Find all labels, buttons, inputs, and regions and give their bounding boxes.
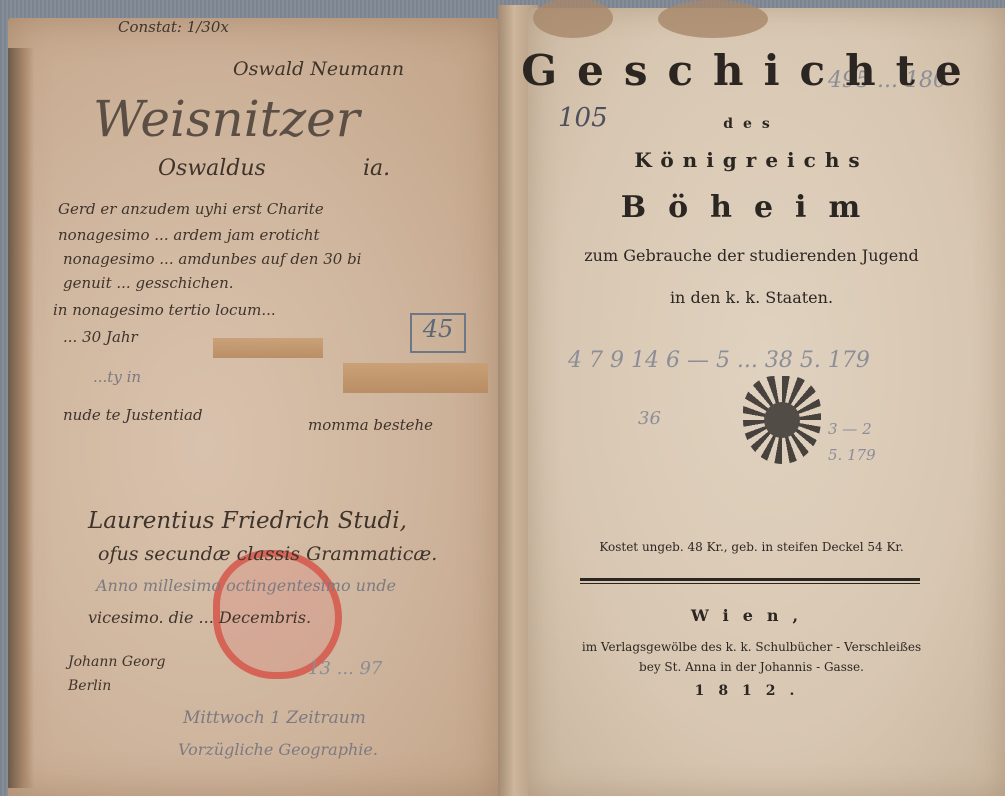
mid-note: momma bestehe [308,416,433,434]
scribble-line: nonagesimo ... ardem jam eroticht [58,226,320,244]
subtitle-line-2: in den k. k. Staaten. [498,288,1005,307]
scribble-line: in nonagesimo tertio locum... [53,301,276,319]
pencil-mark: 4 7 9 14 6 — 5 ... 38 5. 179 [568,348,870,373]
signature-line: vicesimo. die ... Decembris. [88,608,311,627]
title-page: 105 495 ... 180 Geschichte des Königreic… [528,8,1005,796]
title-line-3: Königreichs [498,148,1005,172]
boxed-number: 45 [410,313,466,353]
signature-main: Laurentius Friedrich Studi, [88,508,407,534]
name-sub: Oswaldus [158,156,266,181]
price-line: Kostet ungeb. 48 Kr., geb. in steifen De… [498,540,1005,554]
double-rule-divider [580,578,920,584]
pencil-mark: 36 [638,408,661,429]
torn-tape-strip [343,363,488,393]
year-line: 1812. [498,683,1005,699]
publisher-line-2: bey St. Anna in der Johannis - Gasse. [498,660,1005,674]
bottom-left-note: Johann Georg [68,654,165,670]
constat-note: Constat: 1/30x [118,18,229,36]
scribble-line: Gerd er anzudem uyhi erst Charite [58,200,324,218]
pencil-mark: 3 — 2 [828,420,872,438]
scribble-line: genuit ... gesschichen. [63,274,234,292]
publisher-line-1: im Verlagsgewölbe des k. k. Schulbücher … [498,640,1005,654]
signature-line: Anno millesimo octingentesimo unde [96,576,396,595]
mid-note: ...ty in [93,368,141,386]
large-name: Weisnitzer [93,90,360,148]
date-note: 13 ... 97 [308,658,382,679]
bottom-left-note: Berlin [68,678,111,694]
title-line-1: Geschichte [498,46,1005,95]
title-line-4: Böheim [498,190,1005,225]
torn-tape-strip [213,338,323,358]
signature-line: ofus secundæ classis Grammaticæ. [98,543,437,565]
worn-cover-edge [8,48,34,788]
double-eagle-library-stamp [743,376,821,464]
subtitle-line-1: zum Gebrauche der studierenden Jugend [498,246,1005,265]
owner-line: Oswald Neumann [233,58,404,80]
name-suffix: ia. [363,156,390,181]
city-line: Wien, [498,606,1005,625]
left-flyleaf-page: Constat: 1/30x Oswald Neumann Weisnitzer… [8,18,500,796]
pencil-mark: 5. 179 [828,446,876,464]
mid-note: nude te Justentiad [63,406,203,424]
scribble-line: nonagesimo ... amdunbes auf den 30 bi [63,250,361,268]
water-stain [658,0,768,38]
title-line-2: des [498,116,1005,132]
water-stain [533,0,613,38]
bottom-note: Mittwoch 1 Zeitraum [183,708,366,728]
bottom-note: Vorzügliche Geographie. [178,740,378,759]
scribble-line: ... 30 Jahr [63,328,138,346]
